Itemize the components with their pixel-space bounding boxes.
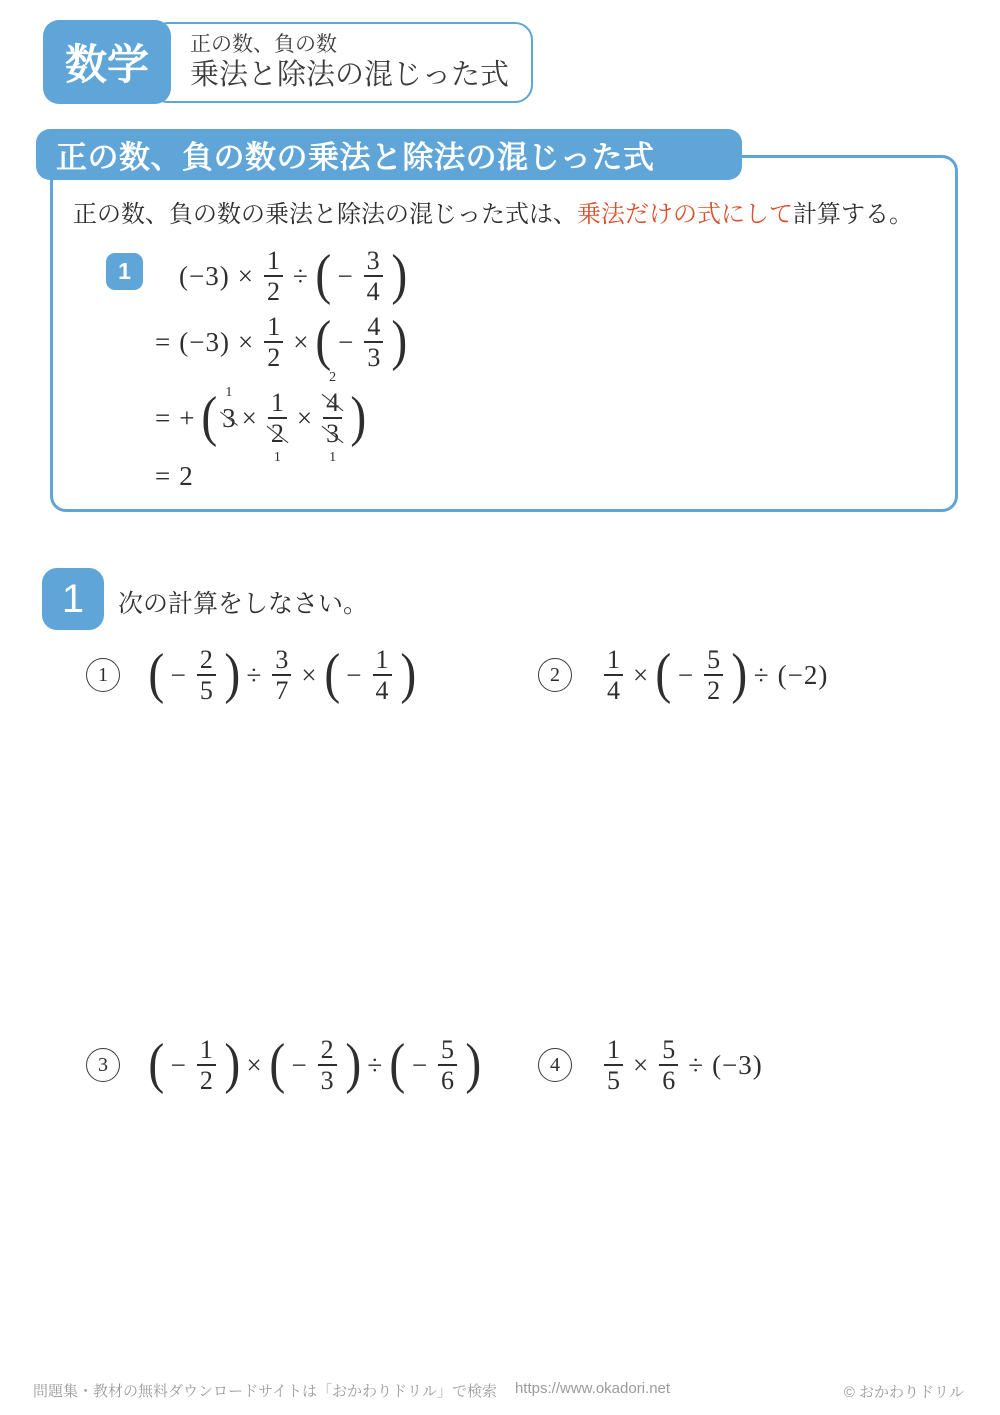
math-text: (−3)	[179, 327, 230, 358]
problem-1-expression: (−25)÷37×(−14)	[146, 645, 418, 705]
cancel-small-top: 2	[329, 371, 336, 385]
problem-3: 3 (−12)×(−23)÷(−56)	[86, 1028, 484, 1102]
math-text: =	[155, 403, 171, 434]
example-line-1: (−3)×12÷(−34)	[175, 244, 409, 308]
circled-number-3: 3	[86, 1048, 120, 1082]
math-text: −	[412, 1050, 428, 1081]
math-text: ×	[633, 660, 649, 691]
section-instruction: 次の計算をしなさい。	[118, 584, 368, 620]
math-text: ÷	[293, 261, 309, 292]
circled-number-4: 4	[538, 1048, 572, 1082]
big-paren: (	[390, 1041, 406, 1089]
denominator: 6	[438, 1066, 457, 1095]
fraction: 14	[604, 645, 623, 705]
footer-site-text: 問題集・教材の無料ダウンロードサイトは「おかわりドリル」で検索	[33, 1380, 497, 1401]
numerator: 1	[264, 312, 283, 341]
numerator: 2	[197, 645, 216, 674]
numerator: 1	[197, 1035, 216, 1064]
math-text: ×	[297, 403, 313, 434]
problem-2-expression: 14×(−52)÷(−2)	[598, 645, 832, 705]
big-paren: )	[391, 252, 407, 300]
math-text: (−3)	[712, 1050, 763, 1081]
big-paren: (	[202, 394, 218, 442]
problem-1: 1 (−25)÷37×(−14)	[86, 638, 418, 712]
topic-title: 乗法と除法の混じった式	[190, 58, 531, 93]
example-intro: 正の数、負の数の乗法と除法の混じった式は、乗法だけの式にして計算する。	[73, 194, 953, 229]
footer-url: https://www.okadori.net	[515, 1380, 670, 1401]
unit-label: 正の数、負の数	[190, 32, 531, 58]
math-text: −	[346, 660, 362, 691]
fraction: 2431	[323, 388, 342, 448]
math-text: ×	[238, 261, 254, 292]
fraction: 37	[272, 645, 291, 705]
math-text: (−2)	[778, 660, 829, 691]
intro-text-2: 計算する。	[793, 202, 913, 228]
numerator: 3	[272, 645, 291, 674]
math-text: ×	[301, 660, 317, 691]
denominator: 2	[264, 343, 283, 372]
denominator: 2	[264, 277, 283, 306]
denominator: 4	[604, 676, 623, 705]
numerator: 5	[704, 645, 723, 674]
denominator: 2	[197, 1066, 216, 1095]
denominator: 7	[272, 676, 291, 705]
math-text: +	[179, 403, 195, 434]
fraction: 25	[197, 645, 216, 705]
big-paren: )	[345, 1041, 361, 1089]
math-text: ÷	[688, 1050, 704, 1081]
math-text: −	[291, 1050, 307, 1081]
problem-2: 2 14×(−52)÷(−2)	[538, 638, 832, 712]
cancel-small-bottom: 1	[329, 451, 336, 465]
numerator: 4	[323, 388, 342, 417]
section-number-badge: 1	[42, 568, 104, 630]
fraction: 43	[364, 312, 383, 372]
struck-value: 3	[222, 403, 236, 434]
big-paren: )	[392, 318, 408, 366]
example-line-4: =2	[151, 458, 198, 494]
math-text: (−3)	[179, 261, 230, 292]
denominator: 2	[704, 676, 723, 705]
math-text: ×	[238, 327, 254, 358]
big-paren: (	[148, 1041, 164, 1089]
math-text: −	[171, 660, 187, 691]
big-paren: (	[269, 1041, 285, 1089]
cancel-small-top: 1	[225, 386, 232, 400]
big-paren: (	[324, 651, 340, 699]
fraction: 15	[604, 1035, 623, 1095]
denominator: 5	[604, 1066, 623, 1095]
cancelled-number: 13	[222, 403, 236, 434]
numerator: 5	[659, 1035, 678, 1064]
math-text: −	[171, 1050, 187, 1081]
footer-copyright: © おかわりドリル	[844, 1381, 964, 1402]
denominator: 4	[364, 277, 383, 306]
big-paren: )	[350, 394, 366, 442]
math-text: ×	[633, 1050, 649, 1081]
problem-4: 4 15×56÷(−3)	[538, 1028, 767, 1102]
denominator: 6	[659, 1066, 678, 1095]
math-text: ×	[247, 1050, 263, 1081]
intro-text-1: 正の数、負の数の乗法と除法の混じった式は、	[73, 202, 577, 228]
math-text: ÷	[367, 1050, 383, 1081]
denominator: 3	[364, 343, 383, 372]
fraction: 12	[264, 246, 283, 306]
fraction: 14	[373, 645, 392, 705]
fraction: 12	[197, 1035, 216, 1095]
big-paren: )	[465, 1041, 481, 1089]
worksheet-page: 正の数、負の数 乗法と除法の混じった式 数学 正の数、負の数の乗法と除法の混じっ…	[0, 0, 1000, 1415]
fraction: 23	[318, 1035, 337, 1095]
big-paren: )	[224, 651, 240, 699]
numerator: 1	[264, 246, 283, 275]
lesson-title-bar: 正の数、負の数の乗法と除法の混じった式	[36, 129, 742, 180]
math-text: ×	[293, 327, 309, 358]
numerator: 4	[364, 312, 383, 341]
math-text: =	[155, 461, 171, 492]
circled-number-2: 2	[538, 658, 572, 692]
big-paren: (	[316, 318, 332, 366]
numerator: 5	[438, 1035, 457, 1064]
big-paren: )	[400, 651, 416, 699]
subject-badge: 数学	[43, 20, 171, 104]
fraction: 12	[264, 312, 283, 372]
math-text: −	[338, 327, 354, 358]
fraction: 56	[659, 1035, 678, 1095]
problem-3-expression: (−12)×(−23)÷(−56)	[146, 1035, 484, 1095]
denominator: 2	[268, 419, 287, 448]
denominator: 5	[197, 676, 216, 705]
numerator: 1	[268, 388, 287, 417]
problem-4-expression: 15×56÷(−3)	[598, 1035, 767, 1095]
example-line-2: =(−3)×12×(−43)	[151, 310, 410, 374]
fraction: 52	[704, 645, 723, 705]
footer-left: 問題集・教材の無料ダウンロードサイトは「おかわりドリル」で検索 https://…	[33, 1380, 670, 1401]
example-number-badge: 1	[106, 253, 143, 290]
big-paren: )	[732, 651, 748, 699]
example-box: 正の数、負の数の乗法と除法の混じった式は、乗法だけの式にして計算する。 1 (−…	[50, 155, 958, 512]
numerator: 1	[604, 645, 623, 674]
big-paren: )	[224, 1041, 240, 1089]
big-paren: (	[656, 651, 672, 699]
fraction: 121	[268, 388, 287, 448]
fraction: 34	[364, 246, 383, 306]
numerator: 3	[364, 246, 383, 275]
math-text: ×	[242, 403, 258, 434]
numerator: 1	[604, 1035, 623, 1064]
cancel-small-bottom: 1	[274, 451, 281, 465]
circled-number-1: 1	[86, 658, 120, 692]
intro-text-highlight: 乗法だけの式にして	[577, 202, 793, 228]
fraction: 56	[438, 1035, 457, 1095]
denominator: 3	[323, 419, 342, 448]
header-topic-box: 正の数、負の数 乗法と除法の混じった式	[150, 22, 533, 103]
math-text: −	[678, 660, 694, 691]
big-paren: (	[315, 252, 331, 300]
math-text: ÷	[247, 660, 263, 691]
math-text: =	[155, 327, 171, 358]
denominator: 4	[373, 676, 392, 705]
denominator: 3	[318, 1066, 337, 1095]
example-line-3: =+(13×121×2431)	[151, 380, 369, 456]
math-text: −	[337, 261, 353, 292]
math-text: 2	[179, 461, 194, 492]
numerator: 1	[373, 645, 392, 674]
big-paren: (	[148, 651, 164, 699]
math-text: ÷	[754, 660, 770, 691]
numerator: 2	[318, 1035, 337, 1064]
